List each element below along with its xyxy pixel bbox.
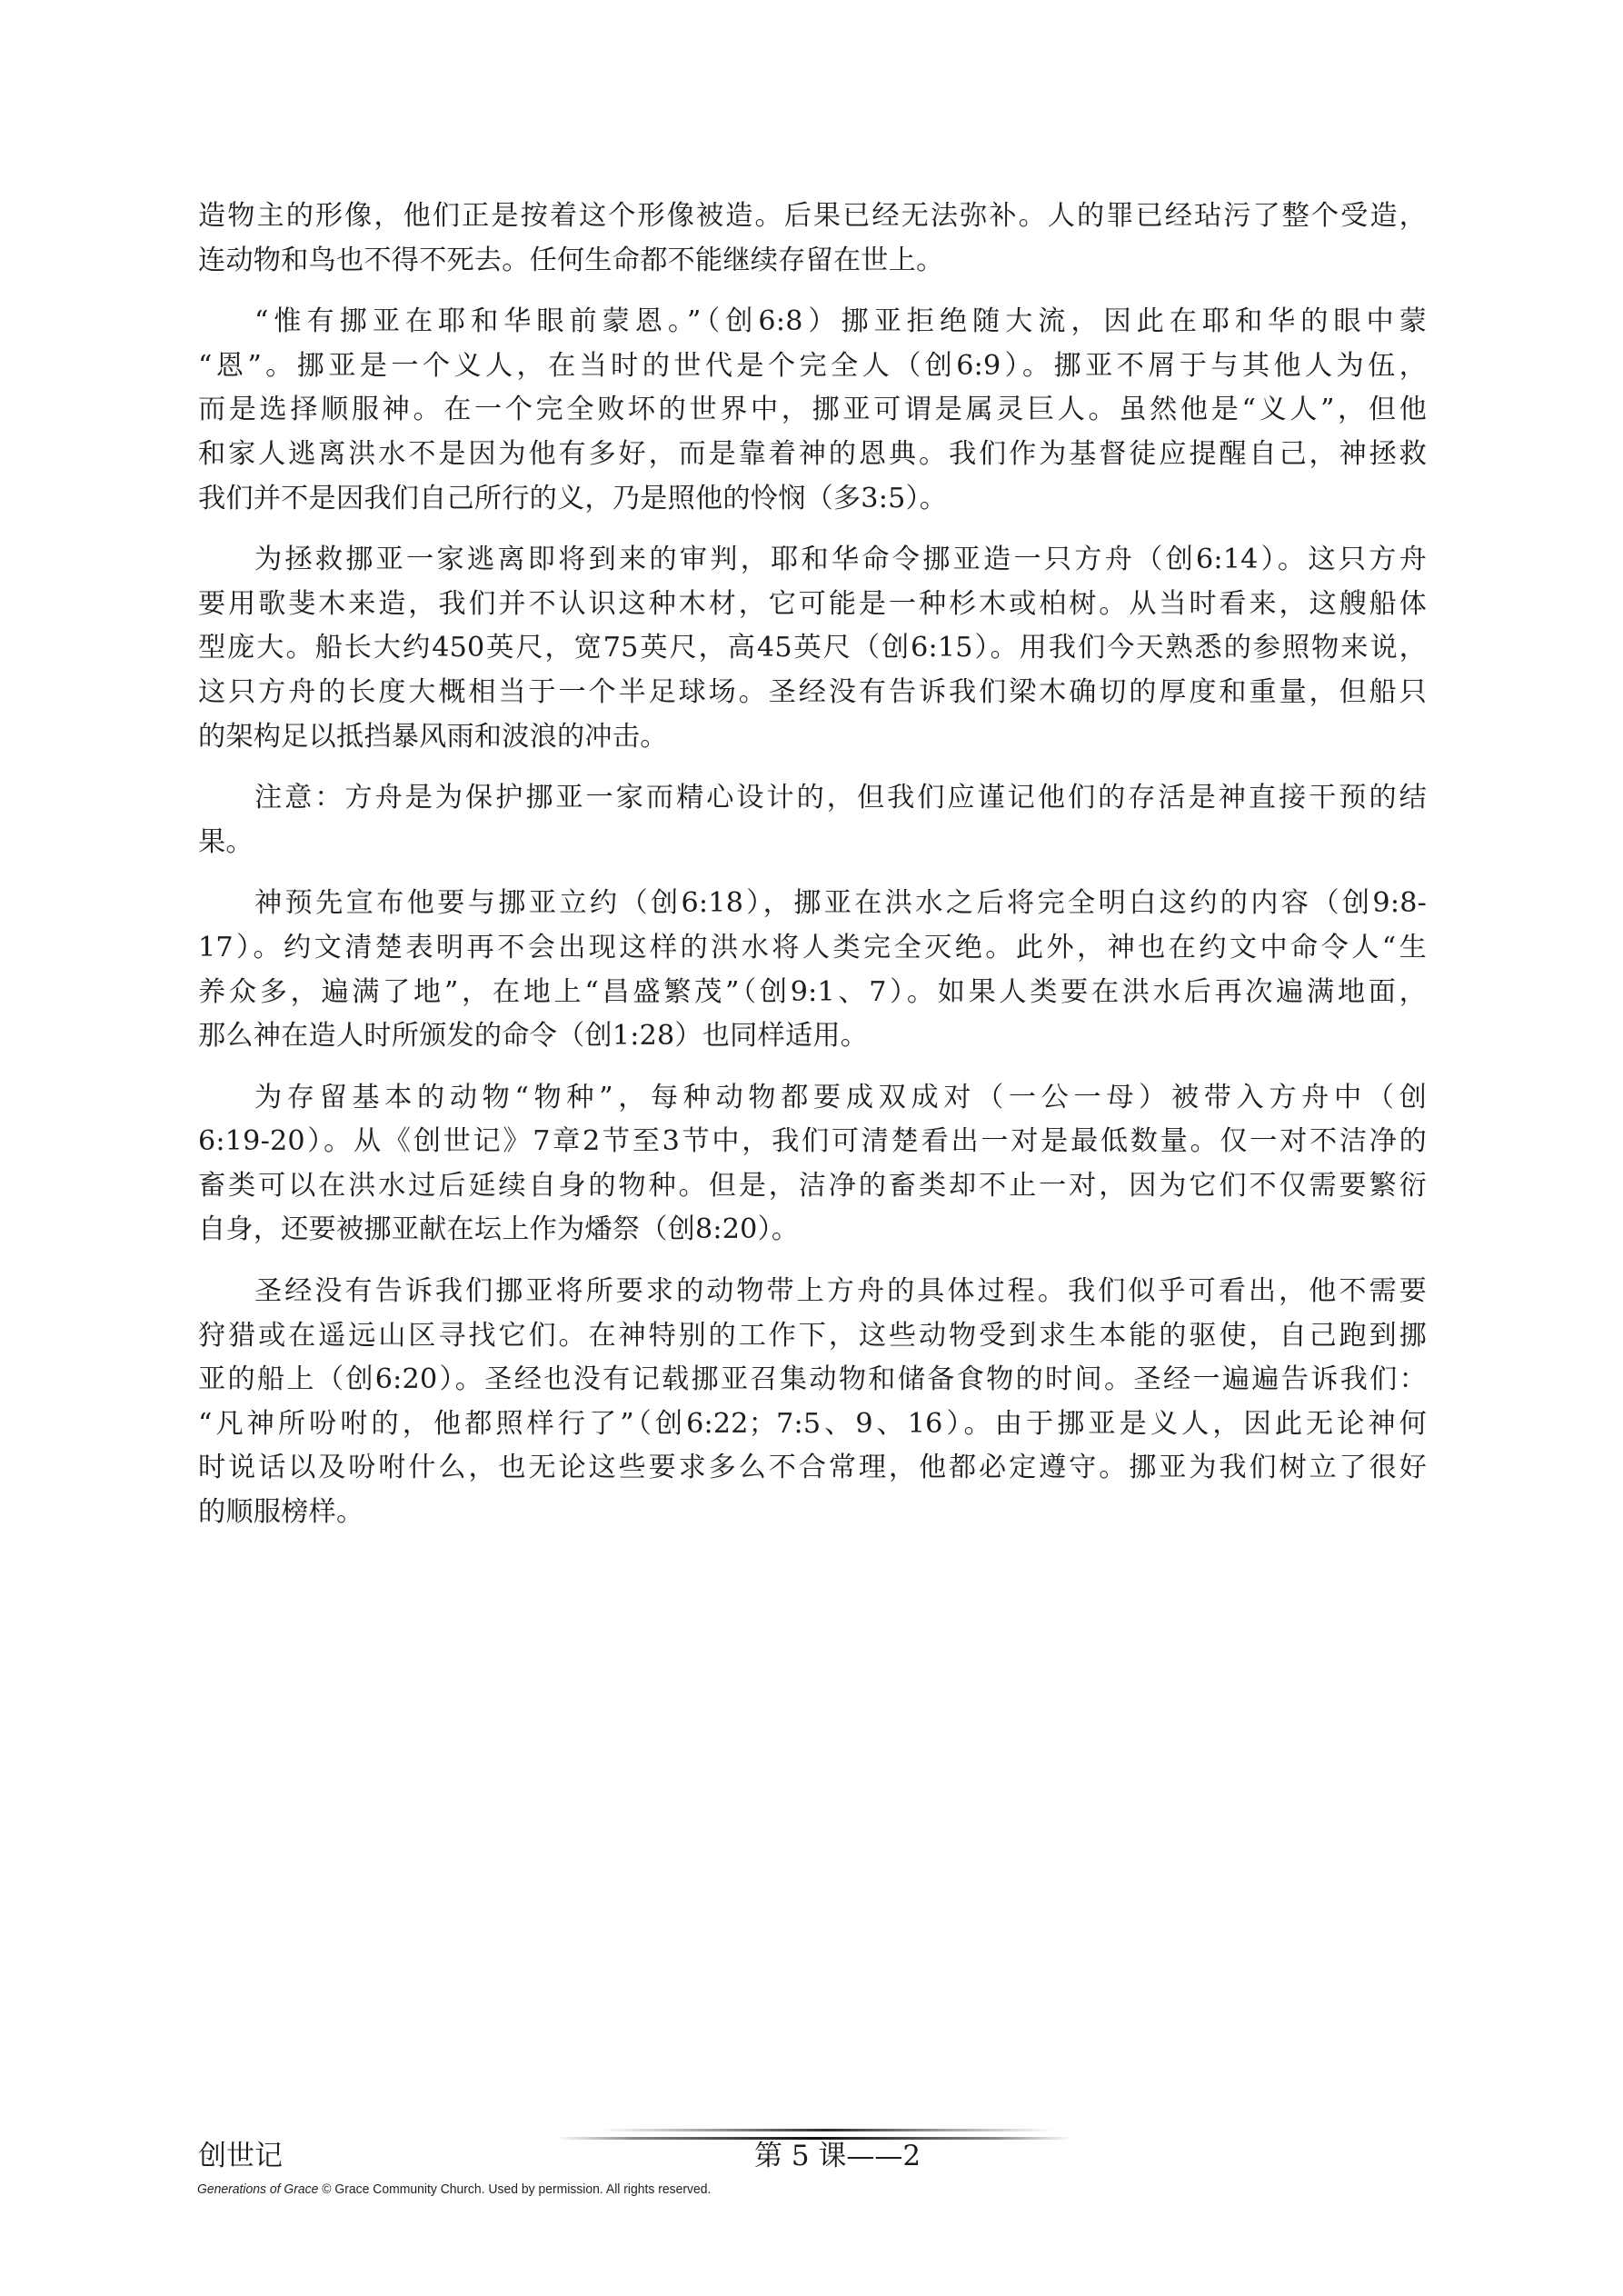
paragraph-line: 畜类可以在洪水过后延续自身的物种。但是，洁净的畜类却不止一对，因为它们不仅需要繁…	[198, 1164, 1427, 1209]
paragraph: 注意：方舟是为保护挪亚一家而精心设计的，但我们应谨记他们的存活是神直接干预的结果…	[198, 776, 1436, 864]
paragraph: 圣经没有告诉我们挪亚将所要求的动物带上方舟的具体过程。我们似乎可看出，他不需要狩…	[198, 1270, 1436, 1535]
body-text: 造物主的形像，他们正是按着这个形像被造。后果已经无法弥补。人的罪已经玷污了整个受…	[198, 195, 1436, 1552]
paragraph-line: 而是选择顺服神。在一个完全败坏的世界中，挪亚可谓是属灵巨人。虽然他是“义人”，但…	[198, 388, 1427, 433]
paragraph: 为拯救挪亚一家逃离即将到来的审判，耶和华命令挪亚造一只方舟（创6:14）。这只方…	[198, 538, 1436, 759]
paragraph: 为存留基本的动物“物种”，每种动物都要成双成对（一公一母）被带入方舟中（创6:1…	[198, 1076, 1436, 1253]
paragraph-line: 为拯救挪亚一家逃离即将到来的审判，耶和华命令挪亚造一只方舟（创6:14）。这只方…	[198, 538, 1427, 583]
paragraph-line: 17）。约文清楚表明再不会出现这样的洪水将人类完全灭绝。此外，神也在约文中命令人…	[198, 926, 1427, 971]
paragraph-line: 为存留基本的动物“物种”，每种动物都要成双成对（一公一母）被带入方舟中（创	[198, 1076, 1427, 1121]
paragraph-line: 6:19-20）。从《创世记》7章2节至3节中，我们可清楚看出一对是最低数量。仅…	[198, 1120, 1427, 1164]
paragraph-line: 要用歌斐木来造，我们并不认识这种木材，它可能是一种杉木或柏树。从当时看来，这艘船…	[198, 583, 1427, 627]
paragraph-line: 连动物和鸟也不得不死去。任何生命都不能继续存留在世上。	[198, 239, 1436, 284]
paragraph-line: 这只方舟的长度大概相当于一个半足球场。圣经没有告诉我们梁木确切的厚度和重量，但船…	[198, 671, 1427, 715]
copyright-text: © Grace Community Church. Used by permis…	[318, 2181, 711, 2197]
paragraph: 神预先宣布他要与挪亚立约（创6:18），挪亚在洪水之后将完全明白这约的内容（创9…	[198, 882, 1436, 1058]
footer-lesson-page: 第 5 课——2	[754, 2138, 921, 2174]
paragraph-line: 和家人逃离洪水不是因为他有多好，而是靠着神的恩典。我们作为基督徒应提醒自己，神拯…	[198, 433, 1427, 477]
paragraph-line: 型庞大。船长大约450英尺，宽75英尺，高45英尺（创6:15）。用我们今天熟悉…	[198, 626, 1427, 671]
paragraph-line: 的顺服榜样。	[198, 1491, 1436, 1535]
paragraph-line: 亚的船上（创6:20）。圣经也没有记载挪亚召集动物和储备食物的时间。圣经一遍遍告…	[198, 1358, 1427, 1403]
paragraph-line: “凡神所吩咐的，他都照样行了”（创6:22；7:5、9、16）。由于挪亚是义人，…	[198, 1403, 1427, 1447]
paragraph-line: 的架构足以抵挡暴风雨和波浪的冲击。	[198, 715, 1436, 760]
paragraph-line: 狩猎或在遥远山区寻找它们。在神特别的工作下，这些动物受到求生本能的驱使，自己跑到…	[198, 1314, 1427, 1359]
paragraph-line: 时说话以及吩咐什么，也无论这些要求多么不合常理，他都必定遵守。挪亚为我们树立了很…	[198, 1446, 1427, 1491]
paragraph-line: “惟有挪亚在耶和华眼前蒙恩。”（创6:8）挪亚拒绝随大流，因此在耶和华的眼中蒙	[198, 300, 1427, 344]
paragraph: 造物主的形像，他们正是按着这个形像被造。后果已经无法弥补。人的罪已经玷污了整个受…	[198, 195, 1436, 283]
paragraph: “惟有挪亚在耶和华眼前蒙恩。”（创6:8）挪亚拒绝随大流，因此在耶和华的眼中蒙“…	[198, 300, 1436, 521]
paragraph-line: 我们并不是因我们自己所行的义，乃是照他的怜悯（多3:5）。	[198, 477, 1436, 522]
footer-book-title: 创世记	[198, 2138, 283, 2174]
paragraph-line: 那么神在造人时所颁发的命令（创1:28）也同样适用。	[198, 1014, 1436, 1059]
paragraph-line: 养众多，遍满了地”，在地上“昌盛繁茂”（创9:1、7）。如果人类要在洪水后再次遍…	[198, 971, 1427, 1015]
footer-rule-upper	[600, 2129, 1054, 2131]
copyright-notice: Generations of Grace © Grace Community C…	[197, 2181, 711, 2198]
paragraph-line: 圣经没有告诉我们挪亚将所要求的动物带上方舟的具体过程。我们似乎可看出，他不需要	[198, 1270, 1427, 1314]
document-page: 造物主的形像，他们正是按着这个形像被造。后果已经无法弥补。人的罪已经玷污了整个受…	[0, 0, 1623, 2296]
paragraph-line: 自身，还要被挪亚献在坛上作为燔祭（创8:20）。	[198, 1208, 1436, 1253]
copyright-title: Generations of Grace	[197, 2181, 318, 2197]
paragraph-line: 果。	[198, 821, 1436, 865]
paragraph-line: 注意：方舟是为保护挪亚一家而精心设计的，但我们应谨记他们的存活是神直接干预的结	[198, 776, 1427, 821]
paragraph-line: “恩”。挪亚是一个义人，在当时的世代是个完全人（创6:9）。挪亚不屑于与其他人为…	[198, 344, 1427, 389]
paragraph-line: 造物主的形像，他们正是按着这个形像被造。后果已经无法弥补。人的罪已经玷污了整个受…	[198, 195, 1427, 239]
paragraph-line: 神预先宣布他要与挪亚立约（创6:18），挪亚在洪水之后将完全明白这约的内容（创9…	[198, 882, 1427, 926]
